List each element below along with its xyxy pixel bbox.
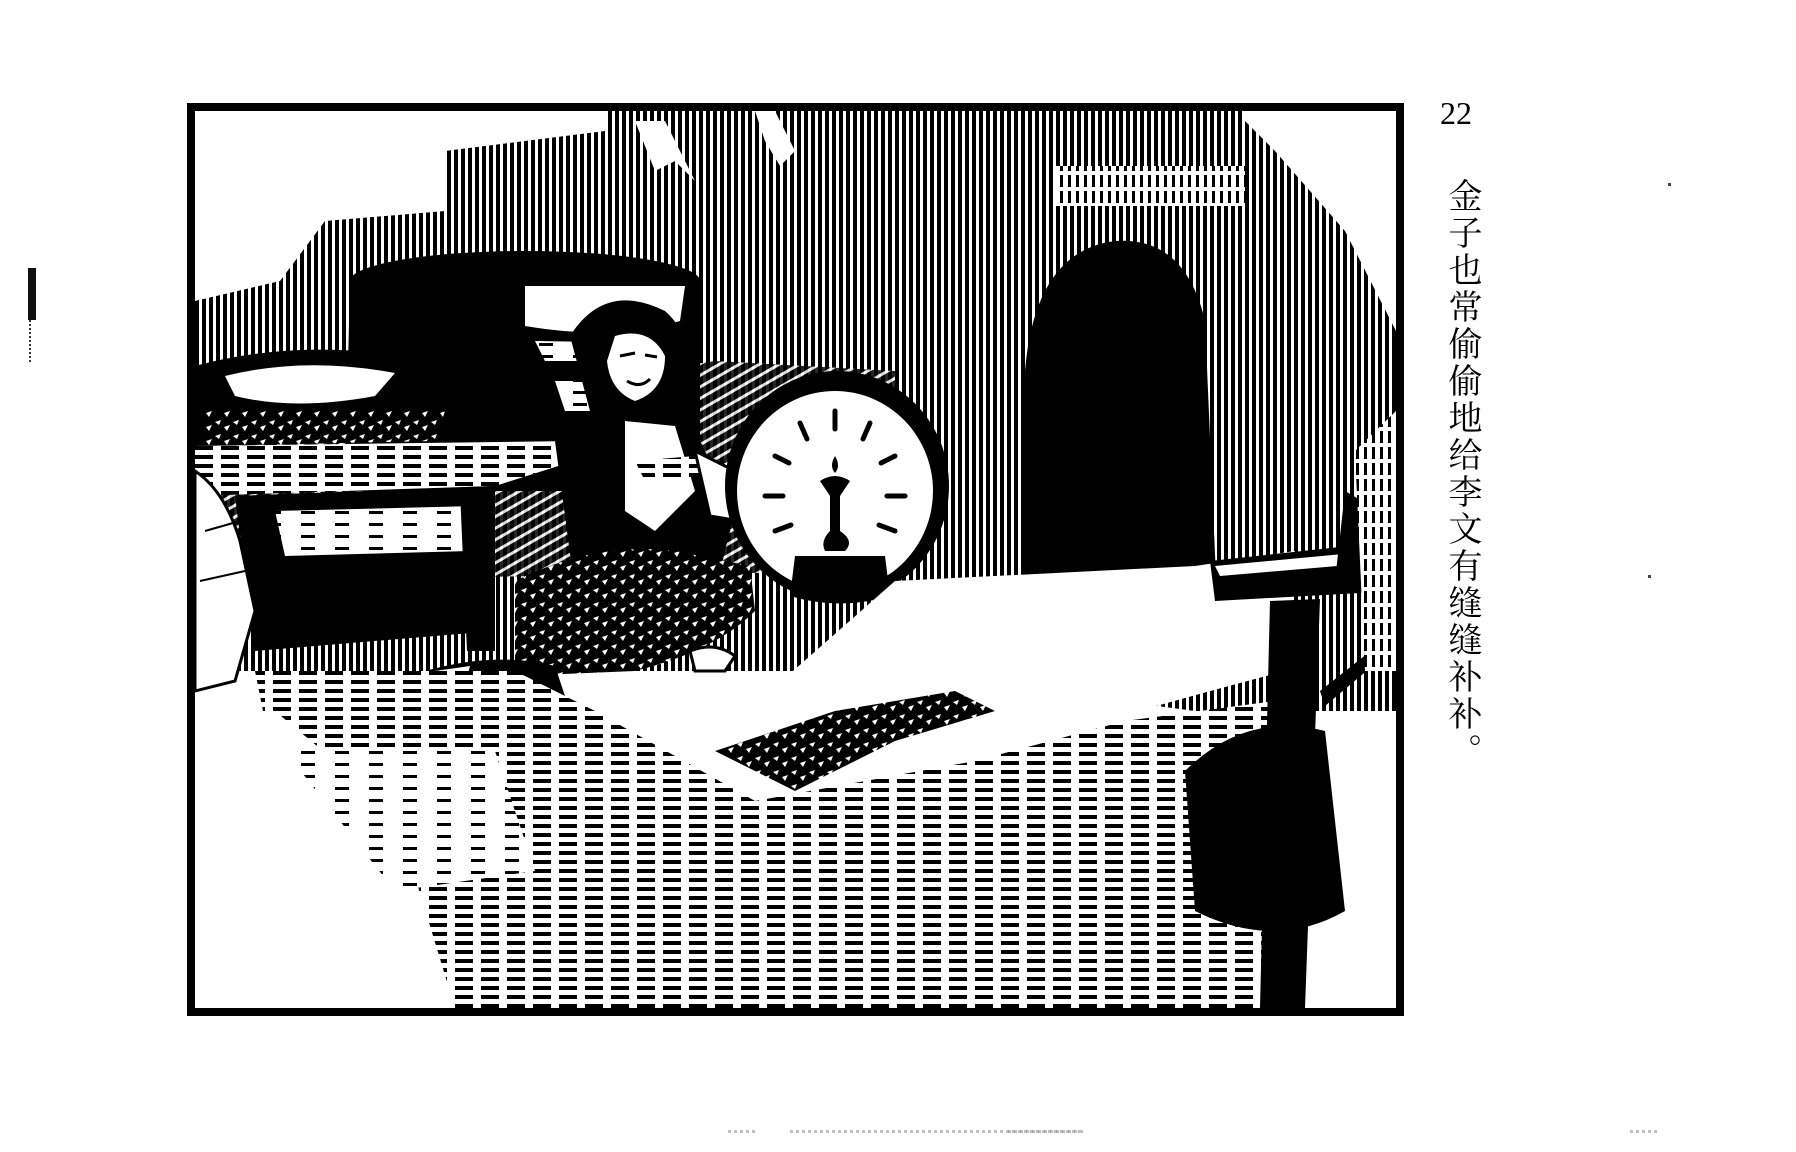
vertical-caption: 金子也常偷偷地给李文有缝缝补补。	[1442, 178, 1480, 770]
scan-speck	[1648, 575, 1651, 578]
scan-artifact-dots	[728, 1130, 758, 1133]
scan-artifact-line	[29, 320, 31, 364]
comic-panel	[187, 103, 1404, 1016]
scan-artifact-mark	[28, 268, 36, 320]
panel-illustration	[195, 111, 1396, 1008]
scan-artifact-dots	[1630, 1130, 1660, 1133]
page-number: 22	[1440, 96, 1472, 130]
scan-edge	[0, 0, 6, 1152]
girl-shoe	[690, 647, 735, 671]
scan-artifact-dots	[1008, 1130, 1083, 1133]
scan-speck	[1668, 183, 1671, 186]
